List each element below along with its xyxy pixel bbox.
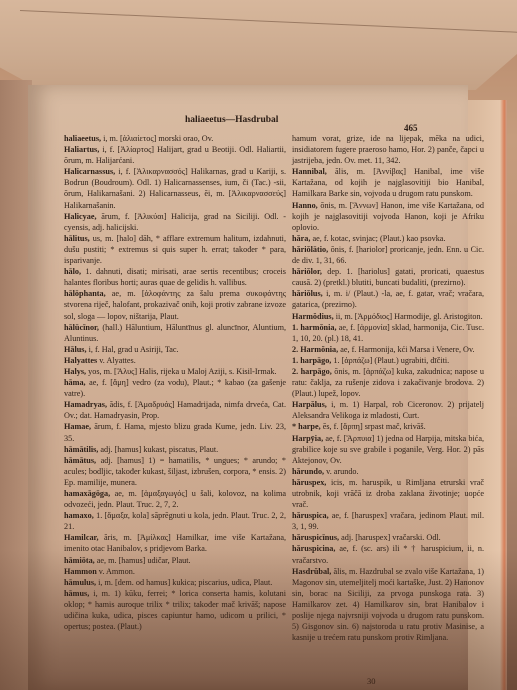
- dictionary-entry: Haliartus, i, f. [Ἁλίαρτος] Halijart, gr…: [64, 144, 286, 166]
- headword: hālōphanta,: [64, 289, 106, 298]
- definition: adj. [hamus] kukast, piscatus, Plaut.: [100, 445, 218, 454]
- dictionary-entry: hamum vorat, grize, ide na lijepak, mēka…: [292, 133, 484, 166]
- headword: 1. harpāgo,: [292, 356, 331, 365]
- headword: hăruspicīnus,: [292, 533, 339, 542]
- headword: Haliartus,: [64, 145, 99, 154]
- dictionary-entry: hāmātilis, adj. [hamus] kukast, piscatus…: [64, 444, 286, 455]
- headword: Halicarnassus,: [64, 167, 115, 176]
- dictionary-entry: Hammon v. Ammon.: [64, 566, 286, 577]
- dictionary-entry: hālōphanta, ae, m. [ἁλοφάντης za šalu pr…: [64, 288, 286, 321]
- definition: adj. [hamus] 1) = hamatilis, * ungues; *…: [64, 456, 286, 487]
- headword: Halyattes: [64, 356, 97, 365]
- dictionary-entry: hamaxo, 1. [ἅμαξα, kola] sāprēgnuti u ko…: [64, 510, 286, 532]
- dictionary-entry: hăra, ae, f. kotac, svinjac; (Plaut.) ka…: [292, 233, 484, 244]
- headword: hāmus,: [64, 589, 89, 598]
- dictionary-entry: Hālus, i, f. Hal, grad u Asiriji, Tac.: [64, 344, 286, 355]
- dictionary-entry: Harpălus, i, m. 1) Harpal, rob Ciceronov…: [292, 399, 484, 421]
- headword: hărundo,: [292, 467, 324, 476]
- headword: hāmulus,: [64, 578, 96, 587]
- definition: ae, f. Harmonija, kći Marsa i Venere, Ov…: [340, 345, 474, 354]
- headword: hăriŏlor,: [292, 267, 322, 276]
- dictionary-entry: hālo, 1. dahnuti, disati; mirisati, arae…: [64, 266, 286, 288]
- definition: i, m. 1) kūku, ferrei; * lorica conserta…: [64, 589, 286, 631]
- headword: hālitus,: [64, 234, 90, 243]
- headword: hāma,: [64, 378, 86, 387]
- definition: 1. [ἅμαξα, kola] sāprēgnuti u kola, jedn…: [64, 511, 286, 531]
- headword: hăruspex,: [292, 478, 326, 487]
- headword: Hammon: [64, 567, 97, 576]
- definition: ălis, m. Hazdrubal se zvalo više Kartaža…: [292, 567, 484, 643]
- headword: hăriŏlus,: [292, 289, 323, 298]
- definition: i, m. [ἁλιαίετος] morski orao, Ov.: [103, 134, 213, 143]
- definition: us, m. [halo] dāh, * afflare extremum ha…: [64, 234, 286, 265]
- dictionary-entry: Halicyae, ārum, f. [Ἁλικύαι] Halicija, g…: [64, 211, 286, 233]
- dictionary-entry: hăriŏlātio, ōnis, f. [hariolor] prorican…: [292, 244, 484, 266]
- headword: Hamae,: [64, 422, 91, 431]
- dictionary-entry: hăruspicina, ae, f. (sc. ars) ili * † ha…: [292, 543, 484, 565]
- headword: 2. harpāgo,: [292, 367, 332, 376]
- definition: i, f. Hal, grad u Asiriji, Tac.: [89, 345, 179, 354]
- definition: v. Ammon.: [99, 567, 135, 576]
- definition: ārum, f. [Ἁλικύαι] Halicija, grad na Sic…: [64, 212, 286, 232]
- headword: * harpe,: [292, 422, 321, 431]
- definition: v. arundo.: [326, 467, 358, 476]
- headword: Hamadryas,: [64, 400, 107, 409]
- headword: hăra,: [292, 234, 310, 243]
- dictionary-entry: hăruspicīnus, adj. [haruspex] vračarski.…: [292, 532, 484, 543]
- left-column: haliaeetus, i, m. [ἁλιαίετος] morski ora…: [64, 133, 286, 632]
- dictionary-entry: hăruspica, ae, f. [haruspex] vračara, je…: [292, 510, 484, 532]
- headword: Hannibal,: [292, 167, 327, 176]
- dictionary-entry: * harpe, ēs, f. [ἅρπη] srpast mač, krivā…: [292, 421, 484, 432]
- headword: Harpălus,: [292, 400, 327, 409]
- signature-mark: 30: [367, 676, 376, 686]
- dictionary-entry: 1. harmŏnia, ae, f. [ἁρμονία] sklad, har…: [292, 322, 484, 344]
- dictionary-entry: 1. harpāgo, 1. [ἁρπάζω] (Plaut.) ugrabit…: [292, 355, 484, 366]
- dictionary-entry: hāmiōta, ae, m. [hamus] udičar, Plaut.: [64, 555, 286, 566]
- dictionary-entry: 2. Harmŏnia, ae, f. Harmonija, kći Marsa…: [292, 344, 484, 355]
- dictionary-entry: hăriŏlus, i, m. i/ (Plaut.) -la, ae, f. …: [292, 288, 484, 310]
- definition: hamum vorat, grize, ide na lijepak, mēka…: [292, 134, 484, 165]
- headword: hamaxāgōga,: [64, 489, 110, 498]
- dictionary-entry: Hamilcar, ăris, m. [Ἀμίλκας] Hamilkar, i…: [64, 532, 286, 554]
- definition: ārum, f. Hama, mjesto blizu grada Kume, …: [64, 422, 286, 442]
- definition: ae, m. [hamus] udičar, Plaut.: [97, 556, 191, 565]
- dictionary-entry: hăriŏlor, dep. 1. [hariolus] gatati, pro…: [292, 266, 484, 288]
- dictionary-entry: 2. harpāgo, ōnis, m. [ἁρπάζω] kuka, zaku…: [292, 366, 484, 399]
- headword: haliaeetus,: [64, 134, 101, 143]
- dictionary-entry: hālitus, us, m. [halo] dāh, * afflare ex…: [64, 233, 286, 266]
- definition: yos, m. [Ἅλυς] Halis, rijeka u Maloj Azi…: [88, 367, 276, 376]
- definition: adj. [haruspex] vračarski. Odl.: [341, 533, 441, 542]
- dictionary-entry: hāmulus, i, m. [dem. od hamus] kukica; p…: [64, 577, 286, 588]
- running-head: haliaeetus—Hasdrubal: [185, 115, 278, 125]
- dictionary-entry: hāmātus, adj. [hamus] 1) = hamatilis, * …: [64, 455, 286, 488]
- headword: hăruspicina,: [292, 544, 335, 553]
- page-number: 465: [404, 123, 418, 133]
- definition: i, m. [dem. od hamus] kukica; piscarius,…: [98, 578, 272, 587]
- headword: 2. Harmŏnia,: [292, 345, 338, 354]
- dictionary-entry: hărundo, v. arundo.: [292, 466, 484, 477]
- dictionary-entry: hamaxāgōga, ae, m. [ἁμαξαγωγός] u šali, …: [64, 488, 286, 510]
- headword: hăruspica,: [292, 511, 329, 520]
- headword: Harpȳia,: [292, 434, 323, 443]
- dictionary-entry: Hasdrŭbal, ălis, m. Hazdrubal se zvalo v…: [292, 566, 484, 644]
- definition: ii, m. [Ἁρμόδιος] Harmodije, gl. Aristog…: [336, 312, 483, 321]
- definition: 1. dahnuti, disati; mirisati, arae serti…: [64, 267, 286, 287]
- dictionary-entry: Harmŏdius, ii, m. [Ἁρμόδιος] Harmodije, …: [292, 311, 484, 322]
- definition: ōnis, m. [Ἄννων] Hanon, ime više Kartaža…: [292, 201, 484, 232]
- right-column: hamum vorat, grize, ide na lijepak, mēka…: [292, 133, 484, 643]
- headword: Harmŏdius,: [292, 312, 334, 321]
- dictionary-entry: hăruspex, icis, m. haruspik, u Rimljana …: [292, 477, 484, 510]
- definition: ēs, f. [ἅρπη] srpast mač, krivāš.: [323, 422, 426, 431]
- headword: 1. harmŏnia,: [292, 323, 337, 332]
- dictionary-entry: Hanno, ōnis, m. [Ἄννων] Hanon, ime više …: [292, 200, 484, 233]
- definition: ae, f. [ἅμη] vedro (za vodu), Plaut.; * …: [64, 378, 286, 398]
- dictionary-entry: Halys, yos, m. [Ἅλυς] Halis, rijeka u Ma…: [64, 366, 286, 377]
- headword: Hanno,: [292, 201, 318, 210]
- dictionary-entry: Halicarnassus, i, f. [Ἁλικαρνασσός] Hali…: [64, 166, 286, 210]
- dictionary-entry: hālūcīnor, (hall.) Hāluntium, Hāluntīnus…: [64, 322, 286, 344]
- headword: hāmātus,: [64, 456, 96, 465]
- dictionary-entry: Hamadryas, ădis, f. [Ἁμαδρυάς] Hamadrija…: [64, 399, 286, 421]
- headword: hāmātilis,: [64, 445, 98, 454]
- headword: hālo,: [64, 267, 81, 276]
- headword: hamaxo,: [64, 511, 94, 520]
- definition: 1. [ἁρπάζω] (Plaut.) ugrabiti, dīčiti.: [333, 356, 449, 365]
- headword: Hasdrŭbal,: [292, 567, 331, 576]
- headword: hăriŏlātio,: [292, 245, 328, 254]
- headword: Hālus,: [64, 345, 87, 354]
- definition: ae, f. kotac, svinjac; (Plaut.) kao psov…: [312, 234, 445, 243]
- dictionary-entry: Hamae, ārum, f. Hama, mjesto blizu grada…: [64, 421, 286, 443]
- headword: Halicyae,: [64, 212, 97, 221]
- dictionary-entry: Hannibal, ălis, m. [Ἀννίβας] Hanibal, im…: [292, 166, 484, 199]
- headword: Hamilcar,: [64, 533, 99, 542]
- dictionary-entry: hāma, ae, f. [ἅμη] vedro (za vodu), Plau…: [64, 377, 286, 399]
- dictionary-entry: Harpȳia, ae, f. [Ἅρπυια] 1) jedna od Har…: [292, 433, 484, 466]
- dictionary-entry: hāmus, i, m. 1) kūku, ferrei; * lorica c…: [64, 588, 286, 632]
- dictionary-entry: Halyattes v. Alyattes.: [64, 355, 286, 366]
- headword: hāmiōta,: [64, 556, 95, 565]
- dictionary-entry: haliaeetus, i, m. [ἁλιαίετος] morski ora…: [64, 133, 286, 144]
- definition: v. Alyattes.: [99, 356, 136, 365]
- headword: Halys,: [64, 367, 86, 376]
- headword: hālūcīnor,: [64, 323, 99, 332]
